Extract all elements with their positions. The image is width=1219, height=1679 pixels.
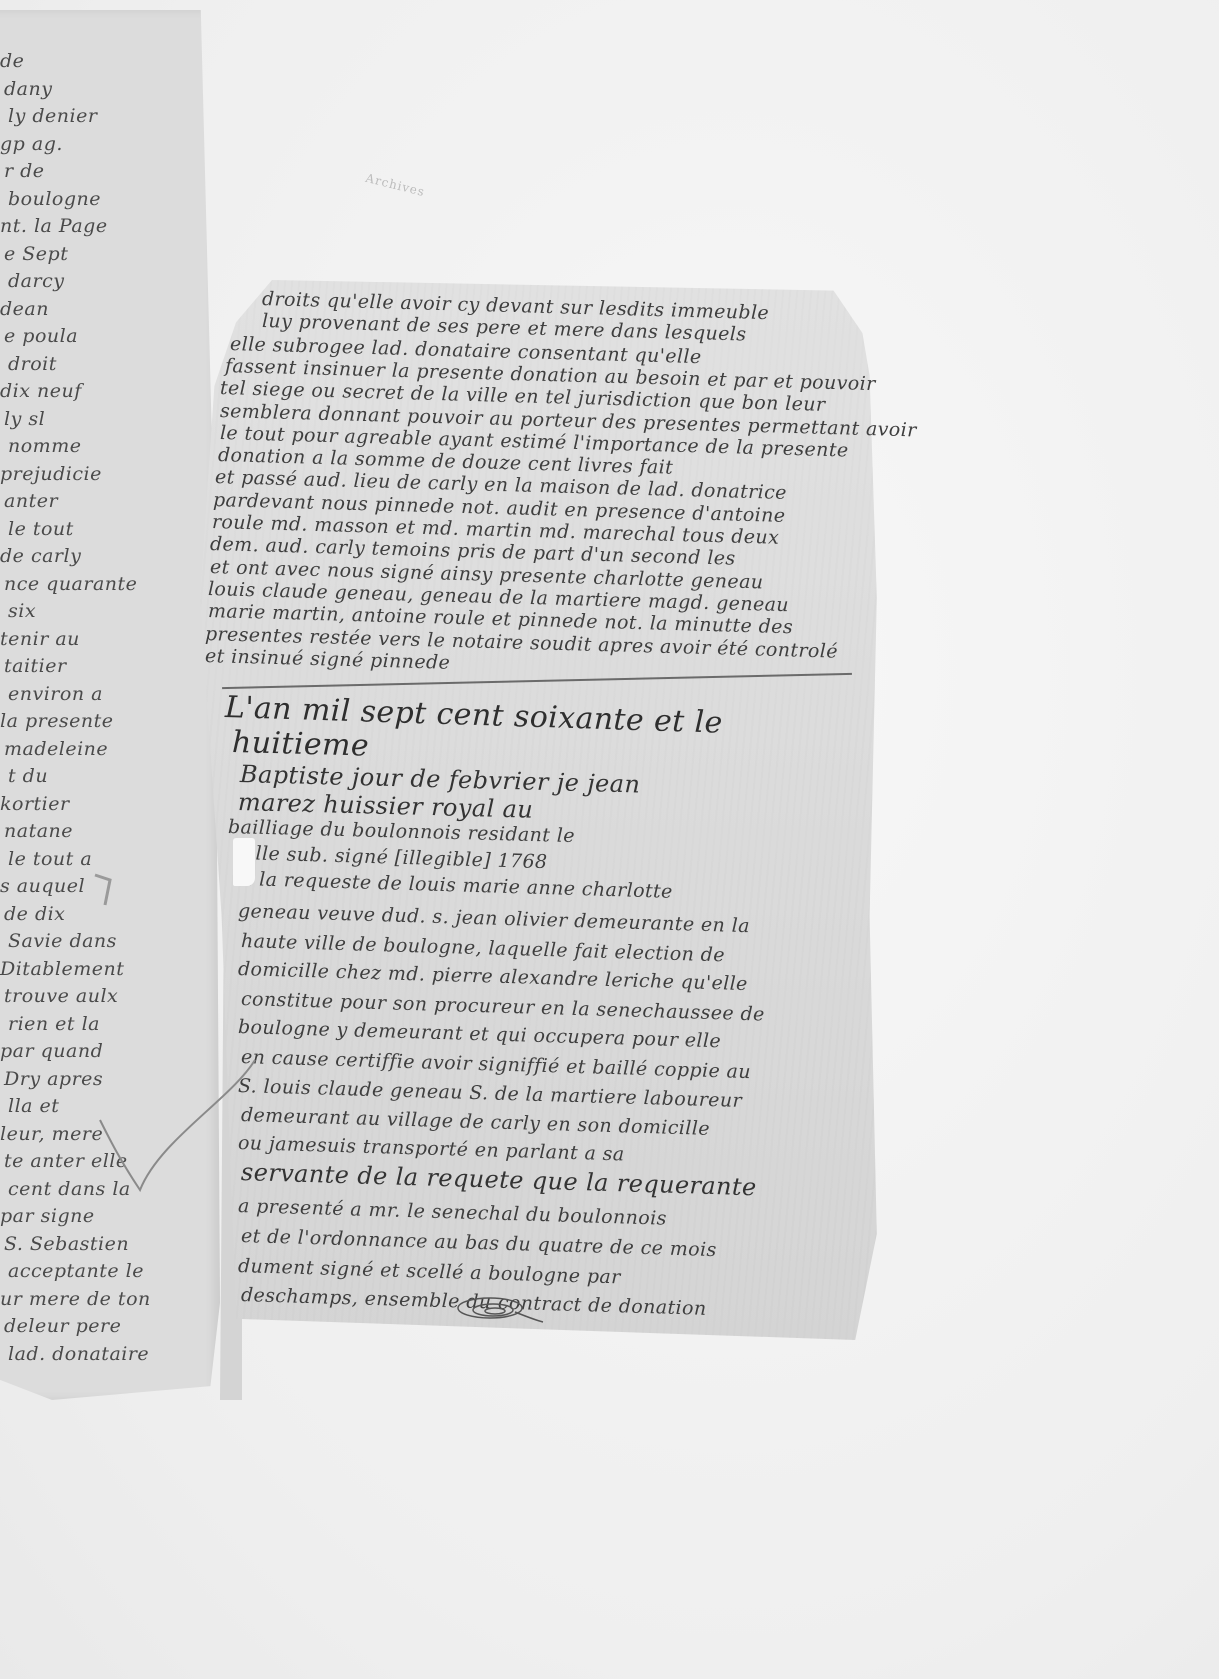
left-page-line: tenir au [0, 628, 80, 650]
left-page-line: madeleine [4, 738, 108, 760]
left-page-line: nt. la Page [0, 215, 108, 237]
left-page-line: cent dans la [8, 1178, 131, 1200]
left-page-line: kortier [0, 793, 70, 815]
left-page-line: nomme [8, 435, 81, 457]
left-page-line: environ a [8, 683, 103, 705]
left-page-line: ly sl [4, 408, 45, 430]
left-page-line: acceptante le [8, 1260, 144, 1282]
left-page-line: boulogne [8, 188, 101, 210]
left-page-line: anter [4, 490, 58, 512]
left-page-line: trouve aulx [4, 985, 118, 1007]
left-page-line: lad. donataire [8, 1343, 149, 1365]
left-page-line: leur, mere [0, 1123, 103, 1145]
left-page-line: r de [4, 160, 45, 182]
left-page-line: rien et la [8, 1013, 100, 1035]
left-page-line: e poula [4, 325, 78, 347]
left-page-line: e Sept [4, 243, 68, 265]
left-partial-page: dedanyly deniergp ag.r deboulognent. la … [0, 10, 220, 1400]
left-page-line: Ditablement [0, 958, 124, 980]
left-page-line: le tout a [8, 848, 92, 870]
notary-paraph-flourish [455, 1290, 545, 1330]
left-page-line: le tout [8, 518, 74, 540]
left-page-line: darcy [8, 270, 64, 292]
left-page-line: ur mere de ton [0, 1288, 151, 1310]
left-page-line: natane [4, 820, 73, 842]
left-page-line: de [0, 50, 24, 72]
left-page-line: dix neuf [0, 380, 82, 402]
left-page-line: gp ag. [0, 133, 63, 155]
left-page-line: te anter elle [4, 1150, 128, 1172]
left-page-line: dany [4, 78, 52, 100]
left-page-line: la presente [0, 710, 114, 732]
left-page-line: droit [8, 353, 57, 375]
left-page-line: taitier [4, 655, 67, 677]
left-page-line: s auquel [0, 875, 85, 897]
left-page-line: par quand [0, 1040, 103, 1062]
left-page-line: de carly [0, 545, 81, 567]
left-page-line: t du [8, 765, 48, 787]
left-page-line: lla et [8, 1095, 59, 1117]
left-page-line: nce quarante [4, 573, 137, 595]
paper-tear [233, 838, 255, 886]
left-page-line: S. Sebastien [4, 1233, 129, 1255]
left-page-line: deleur pere [4, 1315, 121, 1337]
left-page-line: par signe [0, 1205, 95, 1227]
left-page-line: ly denier [8, 105, 97, 127]
left-page-line: Dry apres [4, 1068, 103, 1090]
left-page-line: Savie dans [8, 930, 117, 952]
left-page-line: prejudicie [0, 463, 102, 485]
left-page-line: six [8, 600, 36, 622]
manuscript-line: huitieme [232, 725, 370, 764]
left-page-line: dean [0, 298, 49, 320]
left-page-line: de dix [4, 903, 65, 925]
